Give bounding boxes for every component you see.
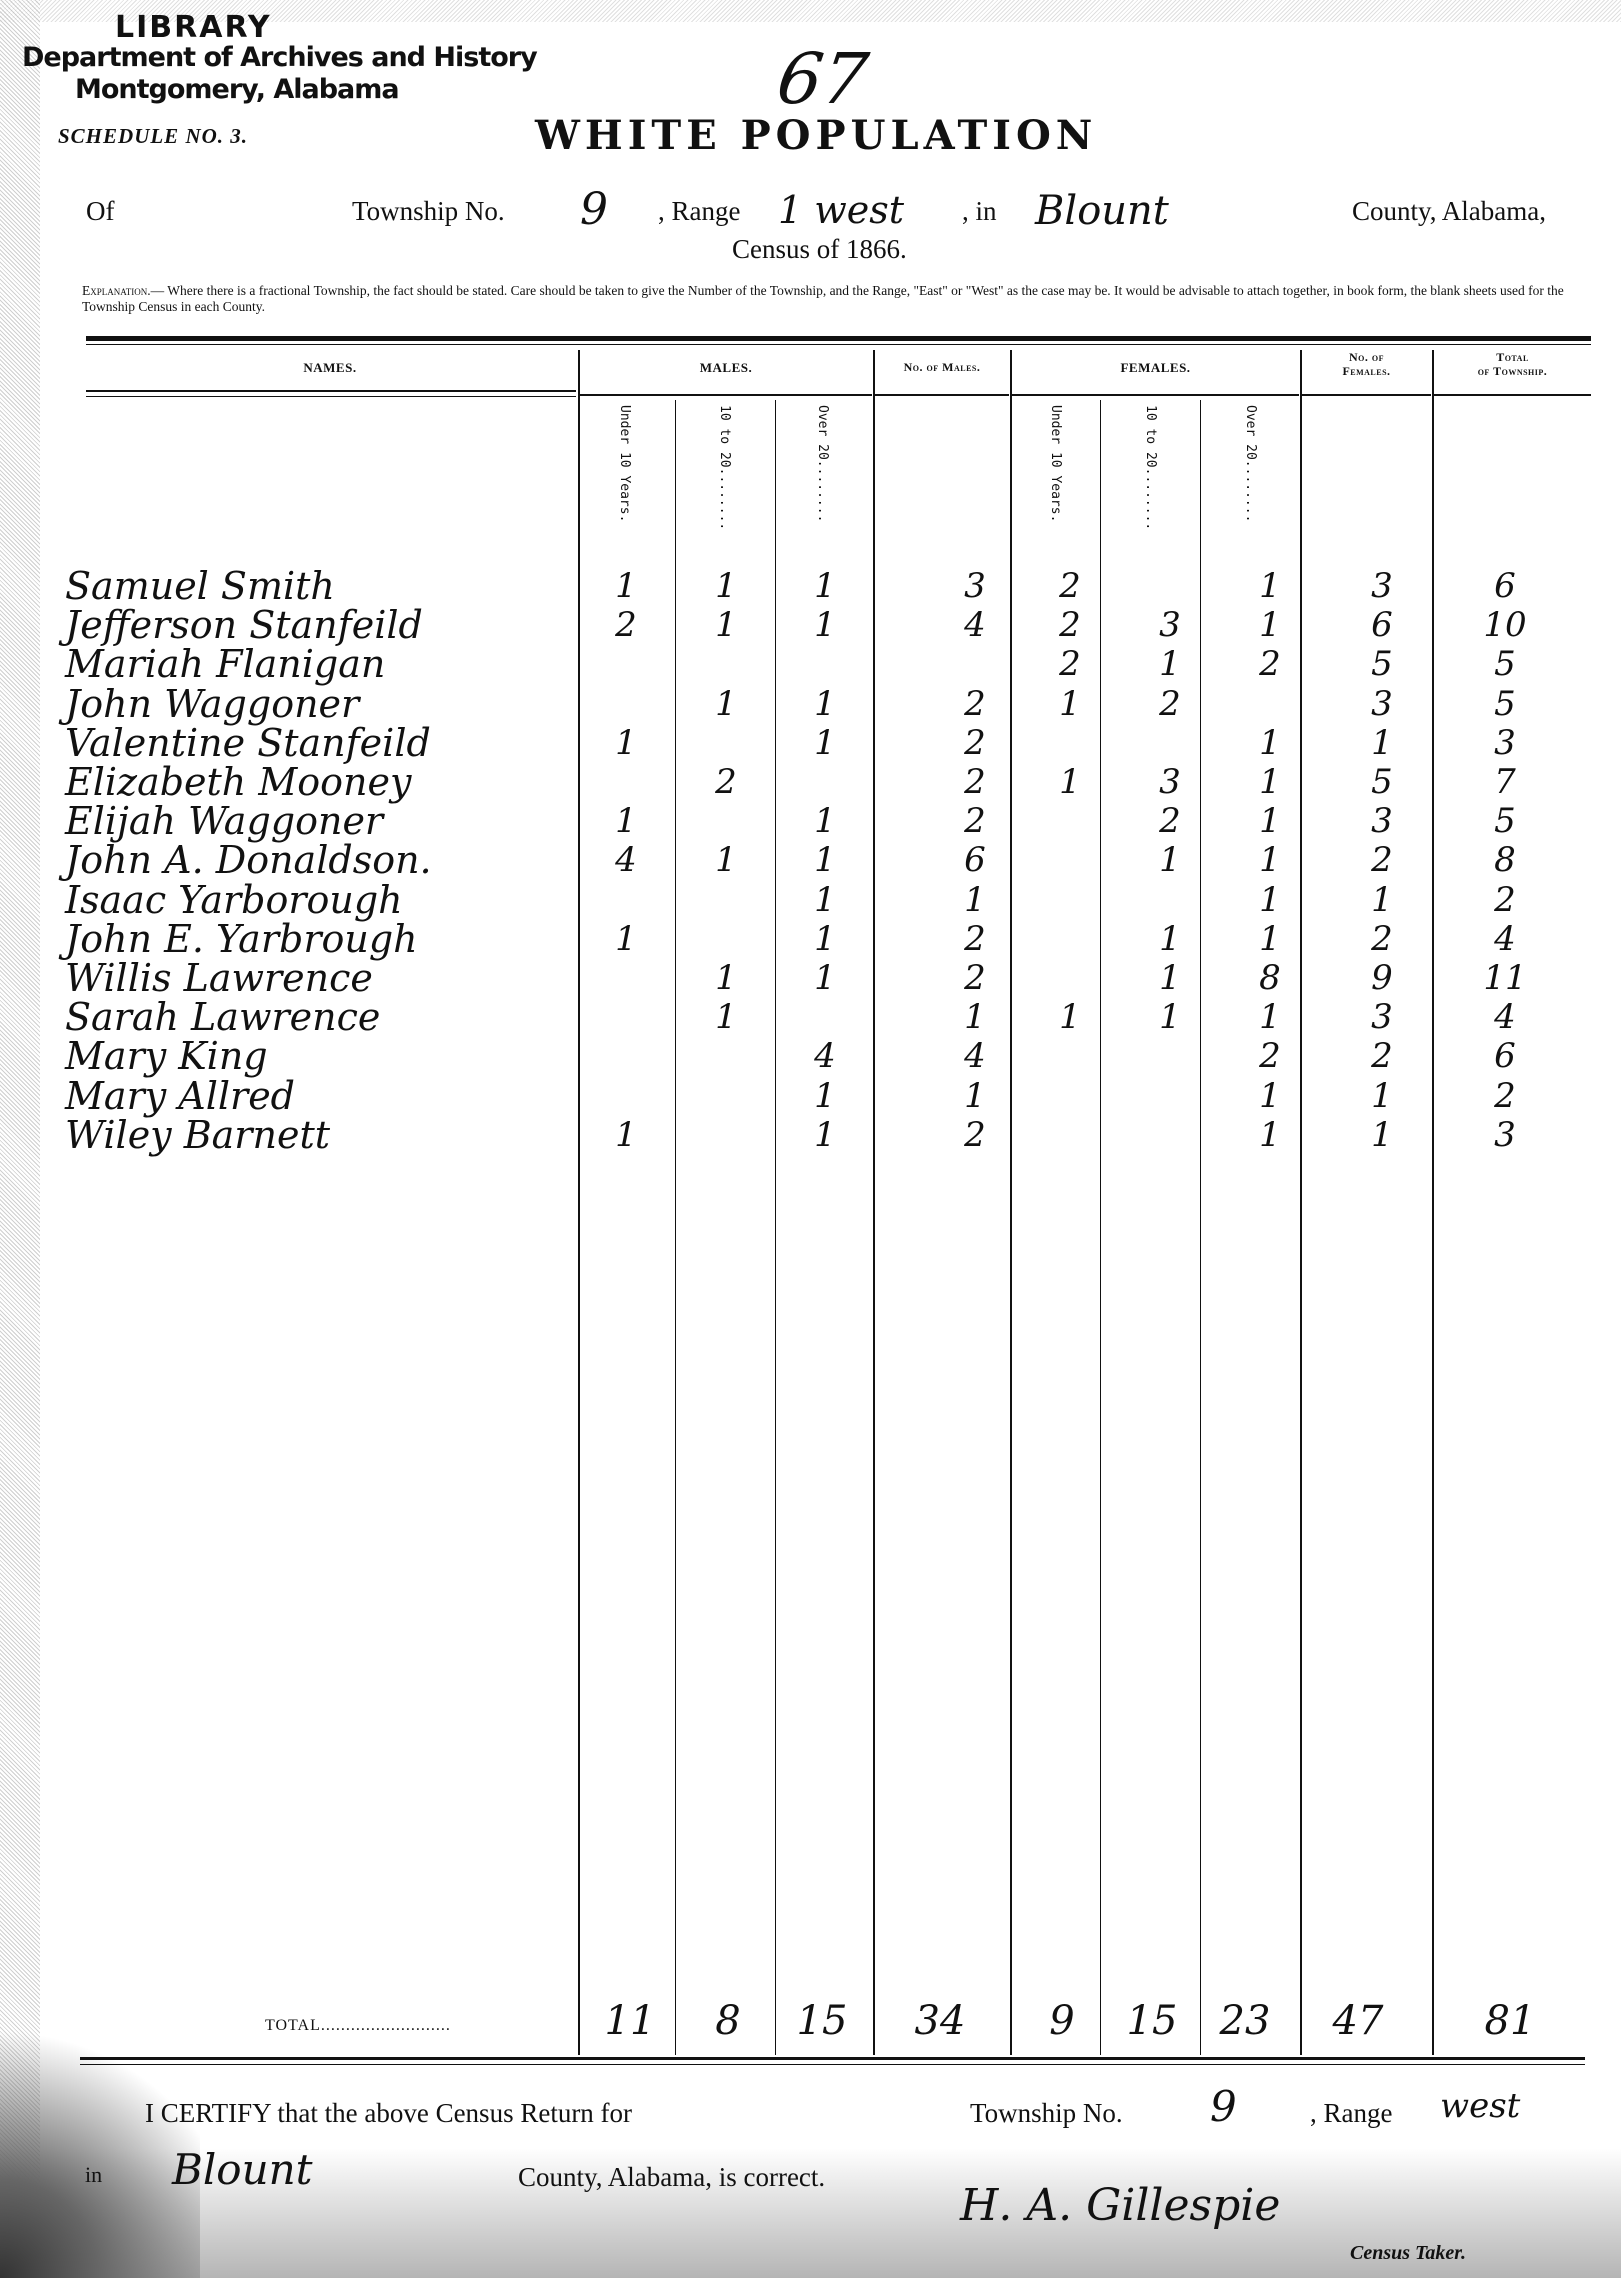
- certify-range-label: , Range: [1310, 2098, 1392, 2129]
- county-label: County, Alabama,: [1352, 196, 1546, 227]
- header-total-line1: Total: [1434, 350, 1591, 364]
- table-row: John E. Yarbrough1121124: [0, 919, 1621, 959]
- subheader-male-over-20: Over 20........: [815, 405, 830, 522]
- header-names: NAMES.: [180, 360, 480, 376]
- cell-male-under-10: 1: [596, 1115, 656, 1155]
- table-row: John Waggoner1121235: [0, 684, 1621, 724]
- cell-total-of-township: 3: [1475, 723, 1535, 763]
- cell-total-of-township: 5: [1475, 801, 1535, 841]
- subheader-female-over-20: Over 20........: [1243, 405, 1258, 522]
- cell-total-of-township: 4: [1475, 919, 1535, 959]
- table-bottom-rule: [80, 2057, 1585, 2060]
- header-males: MALES.: [580, 360, 872, 376]
- cell-male-over-20: 1: [795, 605, 855, 645]
- subheader-male-10-20: 10 to 20........: [717, 405, 732, 530]
- cell-male-over-20: 4: [795, 1036, 855, 1076]
- census-taker-label: Census Taker.: [1350, 2242, 1466, 2265]
- cell-male-under-10: 1: [596, 723, 656, 763]
- certify-township-value: 9: [1210, 2082, 1237, 2131]
- table-bottom-rule-thin: [80, 2064, 1585, 2065]
- cell-male-10-20: 1: [696, 566, 756, 606]
- total-female-over-20: 23: [1205, 1998, 1285, 2044]
- table-row: John A. Donaldson.41161128: [0, 840, 1621, 880]
- cell-no-of-females: 2: [1352, 840, 1412, 880]
- resident-name: John A. Donaldson.: [65, 840, 432, 880]
- range-value: 1 west: [778, 188, 904, 232]
- cell-male-over-20: 1: [795, 1076, 855, 1116]
- explanation-lead: Explanation.—: [82, 283, 164, 298]
- census-taker-signature: H. A. Gillespie: [960, 2180, 1280, 2231]
- cell-female-10-20: 2: [1140, 684, 1200, 724]
- cell-male-over-20: 1: [795, 880, 855, 920]
- page-number: 67: [772, 38, 873, 120]
- cell-male-over-20: 1: [795, 958, 855, 998]
- header-females: FEMALES.: [1012, 360, 1299, 376]
- cell-no-of-females: 1: [1352, 723, 1412, 763]
- header-no-of-females-line1: No. of: [1302, 350, 1431, 364]
- resident-name: Isaac Yarborough: [65, 880, 403, 920]
- cell-female-over-20: 1: [1240, 919, 1300, 959]
- certify-text: I CERTIFY that the above Census Return f…: [145, 2098, 632, 2129]
- resident-name: Mary Allred: [65, 1076, 295, 1116]
- cell-female-over-20: 1: [1240, 566, 1300, 606]
- header-rule: [1302, 394, 1431, 396]
- cell-no-of-females: 3: [1352, 566, 1412, 606]
- header-total-line2: of Township.: [1434, 364, 1591, 378]
- of-label: Of: [86, 196, 115, 227]
- header-no-of-males: No. of Males.: [875, 360, 1009, 375]
- table-row: Jefferson Stanfeild2114231610: [0, 605, 1621, 645]
- stamp-library: LIBRARY: [115, 10, 272, 45]
- cell-total-of-township: 10: [1475, 605, 1535, 645]
- township-value: 9: [580, 184, 608, 235]
- heading-line: Of Township No. 9 , Range 1 west , in Bl…: [0, 196, 1621, 236]
- cell-female-over-20: 1: [1240, 762, 1300, 802]
- table-row: Willis Lawrence11218911: [0, 958, 1621, 998]
- cell-total-of-township: 7: [1475, 762, 1535, 802]
- document-title: WHITE POPULATION: [535, 112, 1097, 159]
- cell-female-under-10: 2: [1040, 605, 1100, 645]
- cell-female-over-20: 1: [1240, 1076, 1300, 1116]
- cell-no-of-males: 1: [945, 997, 1005, 1037]
- cell-female-over-20: 1: [1240, 997, 1300, 1037]
- table-row: Valentine Stanfeild112113: [0, 723, 1621, 763]
- total-male-over-20: 15: [782, 1998, 862, 2044]
- cell-female-10-20: 3: [1140, 762, 1200, 802]
- resident-name: Wiley Barnett: [65, 1115, 330, 1155]
- cell-male-10-20: 1: [696, 840, 756, 880]
- total-male-10-20: 8: [688, 1998, 768, 2044]
- cell-total-of-township: 6: [1475, 566, 1535, 606]
- certify-county-label: County, Alabama, is correct.: [518, 2162, 825, 2193]
- table-top-rule: [86, 336, 1591, 341]
- cell-no-of-males: 2: [945, 1115, 1005, 1155]
- table-row: Elijah Waggoner1122135: [0, 801, 1621, 841]
- cell-female-10-20: 1: [1140, 919, 1200, 959]
- cell-male-10-20: 2: [696, 762, 756, 802]
- cell-female-over-20: 2: [1240, 644, 1300, 684]
- total-label: TOTAL..........................: [265, 2017, 451, 2035]
- range-label: , Range: [658, 196, 740, 227]
- table-row: Samuel Smith11132136: [0, 566, 1621, 606]
- table-row: Sarah Lawrence1111134: [0, 997, 1621, 1037]
- total-male-under-10: 11: [590, 1998, 670, 2044]
- cell-male-over-20: 1: [795, 566, 855, 606]
- stamp-department: Department of Archives and History: [22, 42, 537, 73]
- table-top-rule-thin: [86, 344, 1591, 345]
- header-no-of-females: No. of Females.: [1302, 350, 1431, 378]
- cell-male-over-20: 1: [795, 840, 855, 880]
- cell-male-10-20: 1: [696, 958, 756, 998]
- cell-no-of-males: 6: [945, 840, 1005, 880]
- certify-range-value: west: [1440, 2086, 1520, 2126]
- cell-female-10-20: 1: [1140, 840, 1200, 880]
- subheader-male-under-10: Under 10 Years.: [617, 405, 632, 522]
- header-rule: [875, 394, 1009, 396]
- cell-no-of-females: 2: [1352, 919, 1412, 959]
- cell-male-under-10: 2: [596, 605, 656, 645]
- cell-female-under-10: 1: [1040, 997, 1100, 1037]
- cell-total-of-township: 2: [1475, 1076, 1535, 1116]
- total-female-10-20: 15: [1112, 1998, 1192, 2044]
- cell-no-of-males: 2: [945, 919, 1005, 959]
- cell-male-under-10: 1: [596, 801, 656, 841]
- cell-female-under-10: 2: [1040, 644, 1100, 684]
- cell-no-of-females: 2: [1352, 1036, 1412, 1076]
- resident-name: Sarah Lawrence: [65, 997, 380, 1037]
- certify-in-label: in: [85, 2162, 102, 2188]
- cell-no-of-males: 2: [945, 958, 1005, 998]
- explanation: Explanation.— Where there is a fractiona…: [82, 283, 1592, 315]
- census-year: Census of 1866.: [732, 234, 907, 265]
- cell-no-of-males: 2: [945, 801, 1005, 841]
- cell-no-of-males: 3: [945, 566, 1005, 606]
- cell-no-of-females: 1: [1352, 880, 1412, 920]
- cell-male-over-20: 1: [795, 684, 855, 724]
- header-rule: [1434, 394, 1591, 396]
- resident-name: Samuel Smith: [65, 566, 335, 606]
- cell-total-of-township: 4: [1475, 997, 1535, 1037]
- header-rule: [86, 390, 576, 392]
- header-rule: [86, 396, 576, 397]
- cell-female-10-20: 3: [1140, 605, 1200, 645]
- cell-no-of-males: 4: [945, 605, 1005, 645]
- cell-no-of-females: 5: [1352, 762, 1412, 802]
- cell-total-of-township: 5: [1475, 684, 1535, 724]
- cell-female-10-20: 1: [1140, 997, 1200, 1037]
- resident-name: Valentine Stanfeild: [65, 723, 431, 763]
- resident-name: Elijah Waggoner: [65, 801, 383, 841]
- cell-female-over-20: 1: [1240, 801, 1300, 841]
- certify-township-label: Township No.: [970, 2098, 1123, 2129]
- cell-male-over-20: 1: [795, 723, 855, 763]
- cell-no-of-males: 2: [945, 684, 1005, 724]
- county-value: Blount: [1035, 188, 1169, 234]
- header-no-of-females-line2: Females.: [1302, 364, 1431, 378]
- cell-total-of-township: 2: [1475, 880, 1535, 920]
- header-rule: [1012, 394, 1299, 396]
- cell-total-of-township: 11: [1475, 958, 1535, 998]
- cell-no-of-females: 1: [1352, 1076, 1412, 1116]
- township-label: Township No.: [352, 196, 505, 227]
- cell-male-over-20: 1: [795, 919, 855, 959]
- cell-no-of-females: 3: [1352, 801, 1412, 841]
- cell-no-of-males: 1: [945, 1076, 1005, 1116]
- cell-male-10-20: 1: [696, 684, 756, 724]
- resident-name: John E. Yarbrough: [65, 919, 418, 959]
- cell-female-over-20: 1: [1240, 1115, 1300, 1155]
- cell-male-over-20: 1: [795, 1115, 855, 1155]
- cell-no-of-females: 6: [1352, 605, 1412, 645]
- resident-name: Jefferson Stanfeild: [65, 605, 423, 645]
- cell-female-under-10: 1: [1040, 684, 1100, 724]
- cell-female-over-20: 1: [1240, 840, 1300, 880]
- cell-no-of-females: 9: [1352, 958, 1412, 998]
- cell-female-over-20: 1: [1240, 723, 1300, 763]
- table-row: Mariah Flanigan21255: [0, 644, 1621, 684]
- cell-total-of-township: 5: [1475, 644, 1535, 684]
- cell-female-over-20: 2: [1240, 1036, 1300, 1076]
- cell-no-of-males: 2: [945, 762, 1005, 802]
- in-label: , in: [962, 196, 997, 227]
- resident-name: John Waggoner: [65, 684, 359, 724]
- header-total: Total of Township.: [1434, 350, 1591, 378]
- cell-male-under-10: 4: [596, 840, 656, 880]
- certify-county-value: Blount: [172, 2145, 313, 2194]
- cell-female-10-20: 1: [1140, 958, 1200, 998]
- cell-male-10-20: 1: [696, 997, 756, 1037]
- table-row: Isaac Yarborough11112: [0, 880, 1621, 920]
- stamp-city: Montgomery, Alabama: [75, 74, 399, 105]
- cell-total-of-township: 6: [1475, 1036, 1535, 1076]
- resident-name: Mariah Flanigan: [65, 644, 385, 684]
- subheader-female-under-10: Under 10 Years.: [1048, 405, 1063, 522]
- cell-female-over-20: 1: [1240, 880, 1300, 920]
- subheader-female-10-20: 10 to 20........: [1143, 405, 1158, 530]
- total-female-under-10: 9: [1022, 1998, 1102, 2044]
- schedule-number: SCHEDULE NO. 3.: [58, 124, 248, 149]
- cell-no-of-females: 3: [1352, 684, 1412, 724]
- cell-male-over-20: 1: [795, 801, 855, 841]
- cell-no-of-females: 3: [1352, 997, 1412, 1037]
- total-of-township: 81: [1470, 1998, 1550, 2044]
- resident-name: Elizabeth Mooney: [65, 762, 411, 802]
- cell-no-of-females: 1: [1352, 1115, 1412, 1155]
- cell-female-under-10: 1: [1040, 762, 1100, 802]
- cell-male-under-10: 1: [596, 919, 656, 959]
- cell-no-of-males: 4: [945, 1036, 1005, 1076]
- cell-no-of-males: 1: [945, 880, 1005, 920]
- resident-name: Willis Lawrence: [65, 958, 373, 998]
- cell-female-over-20: 8: [1240, 958, 1300, 998]
- explanation-text: Where there is a fractional Township, th…: [82, 283, 1564, 314]
- table-row: Mary Allred11112: [0, 1076, 1621, 1116]
- cell-female-under-10: 2: [1040, 566, 1100, 606]
- table-row: Mary King44226: [0, 1036, 1621, 1076]
- total-no-of-females: 47: [1318, 1998, 1398, 2044]
- cell-female-10-20: 1: [1140, 644, 1200, 684]
- cell-no-of-males: 2: [945, 723, 1005, 763]
- cell-male-10-20: 1: [696, 605, 756, 645]
- cell-total-of-township: 3: [1475, 1115, 1535, 1155]
- cell-female-over-20: 1: [1240, 605, 1300, 645]
- table-row: Wiley Barnett112113: [0, 1115, 1621, 1155]
- cell-no-of-females: 5: [1352, 644, 1412, 684]
- table-row: Elizabeth Mooney2213157: [0, 762, 1621, 802]
- header-rule: [580, 394, 872, 396]
- cell-female-10-20: 2: [1140, 801, 1200, 841]
- total-no-of-males: 34: [900, 1998, 980, 2044]
- cell-male-under-10: 1: [596, 566, 656, 606]
- cell-total-of-township: 8: [1475, 840, 1535, 880]
- resident-name: Mary King: [65, 1036, 268, 1076]
